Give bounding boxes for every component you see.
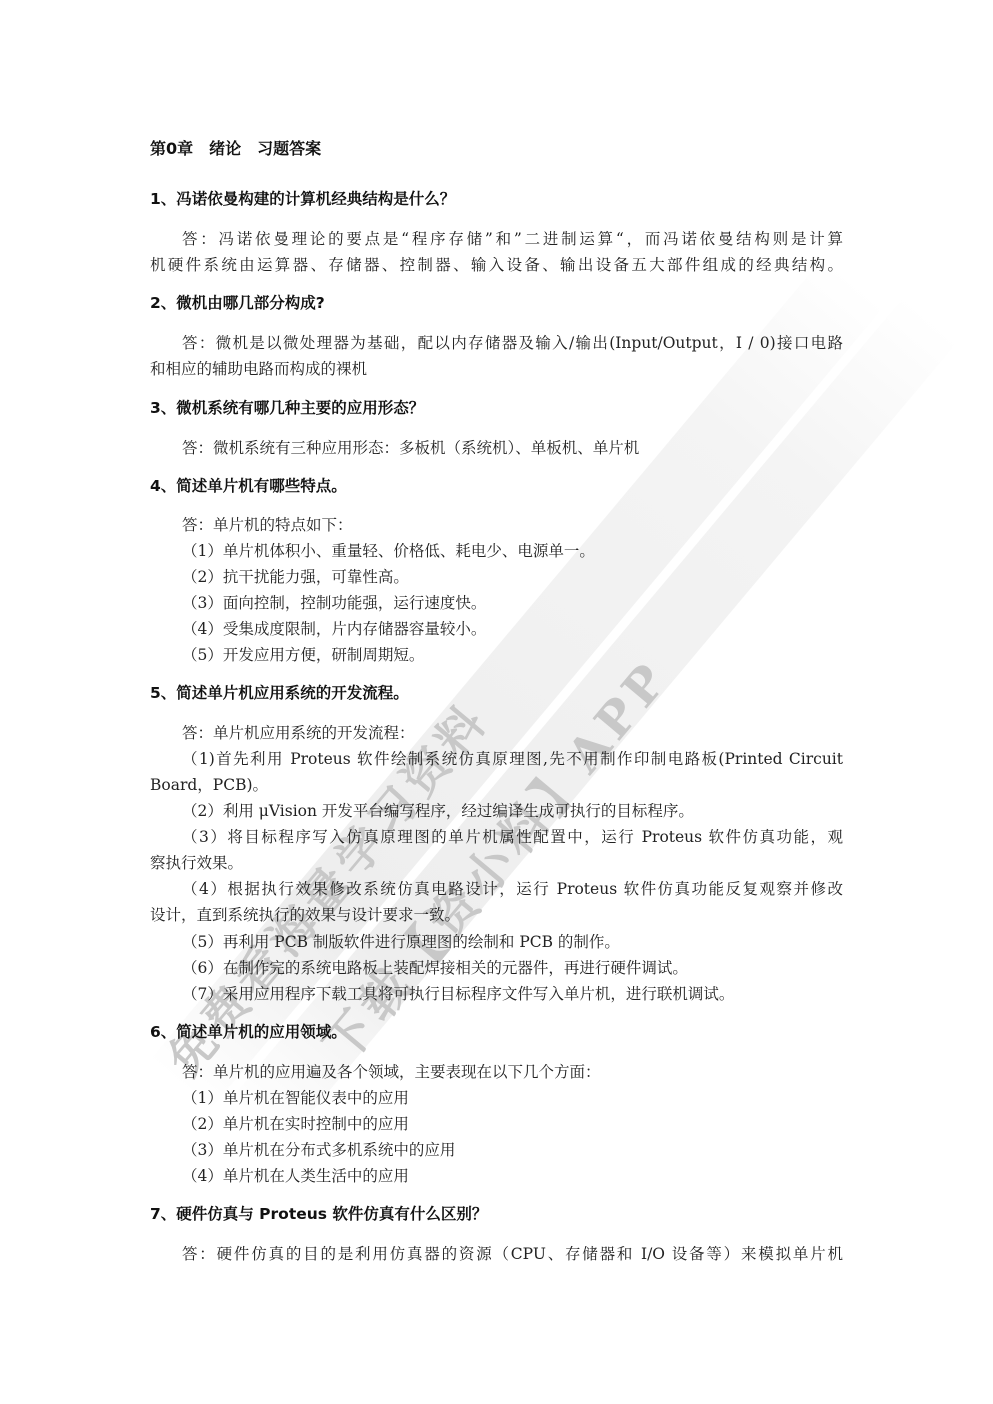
question-3: 3、微机系统有哪几种主要的应用形态？ <box>150 396 424 418</box>
answer-4-line-4: （3）面向控制，控制功能强，运行速度快。 <box>182 591 486 613</box>
answer-4-line-1: 答：单片机的特点如下： <box>182 513 353 535</box>
answer-5-line-8: 设计，直到系统执行的效果与设计要求一致。 <box>150 903 460 925</box>
answer-4-line-3: （2）抗干扰能力强，可靠性高。 <box>182 565 409 587</box>
question-4: 4、简述单片机有哪些特点。 <box>150 474 347 496</box>
watermark: 免费看海量学习资料 下载【资小料】APP <box>0 0 993 1404</box>
answer-6-line-5: （4）单片机在人类生活中的应用 <box>182 1164 409 1186</box>
answer-2-line-2: 和相应的辅助电路而构成的裸机 <box>150 357 367 379</box>
page-title: 第0章 绪论 习题答案 <box>150 136 321 159</box>
question-2: 2、微机由哪几部分构成? <box>150 291 325 313</box>
answer-5-line-10: （6）在制作完的系统电路板上装配焊接相关的元器件，再进行硬件调试。 <box>182 956 688 978</box>
answer-1-line-1: 答：冯诺依曼理论的要点是“程序存储”和”二进制运算“，而冯诺依曼结构则是计算 <box>182 227 843 249</box>
answer-5-line-9: （5）再利用 PCB 制版软件进行原理图的绘制和 PCB 的制作。 <box>182 930 620 952</box>
answer-5-line-7: （4）根据执行效果修改系统仿真电路设计，运行 Proteus 软件仿真功能反复观… <box>182 877 843 899</box>
document-page: 免费看海量学习资料 下载【资小料】APP 第0章 绪论 习题答案 1、冯诺依曼构… <box>0 0 993 1404</box>
answer-5-line-3: Board，PCB)。 <box>150 773 268 795</box>
answer-5-line-4: （2）利用 μVision 开发平台编写程序，经过编译生成可执行的目标程序。 <box>182 799 694 821</box>
answer-6-line-4: （3）单片机在分布式多机系统中的应用 <box>182 1138 455 1160</box>
question-6: 6、简述单片机的应用领域。 <box>150 1020 347 1042</box>
question-5: 5、简述单片机应用系统的开发流程。 <box>150 681 409 703</box>
answer-3-line-1: 答：微机系统有三种应用形态：多板机（系统机）、单板机、单片机 <box>182 436 639 458</box>
answer-6-line-3: （2）单片机在实时控制中的应用 <box>182 1112 409 1134</box>
answer-5-line-11: （7）采用应用程序下载工具将可执行目标程序文件写入单片机，进行联机调试。 <box>182 982 734 1004</box>
question-1: 1、冯诺依曼构建的计算机经典结构是什么？ <box>150 187 455 209</box>
answer-2-line-1: 答：微机是以微处理器为基础，配以内存储器及输入/输出(Input/Output，… <box>182 331 843 353</box>
answer-5-line-6: 察执行效果。 <box>150 851 243 873</box>
answer-5-line-1: 答：单片机应用系统的开发流程： <box>182 721 415 743</box>
answer-1-line-2: 机硬件系统由运算器、存储器、控制器、输入设备、输出设备五大部件组成的经典结构。 <box>150 253 843 275</box>
answer-5-line-2: （1)首先利用 Proteus 软件绘制系统仿真原理图,先不用制作印制电路板(P… <box>182 747 843 769</box>
answer-5-line-5: （3）将目标程序写入仿真原理图的单片机属性配置中，运行 Proteus 软件仿真… <box>182 825 843 847</box>
answer-4-line-6: （5）开发应用方便，研制周期短。 <box>182 643 424 665</box>
answer-4-line-5: （4）受集成度限制，片内存储器容量较小。 <box>182 617 486 639</box>
answer-6-line-2: （1）单片机在智能仪表中的应用 <box>182 1086 409 1108</box>
answer-4-line-2: （1）单片机体积小、重量轻、价格低、耗电少、电源单一。 <box>182 539 595 561</box>
answer-6-line-1: 答：单片机的应用遍及各个领域，主要表现在以下几个方面： <box>182 1060 601 1082</box>
answer-7-line-1: 答：硬件仿真的目的是利用仿真器的资源（CPU、存储器和 I/O 设备等）来模拟单… <box>182 1242 843 1264</box>
question-7: 7、硬件仿真与 Proteus 软件仿真有什么区别？ <box>150 1202 487 1224</box>
watermark-text-line2: 下载【资小料】APP <box>305 643 683 1075</box>
